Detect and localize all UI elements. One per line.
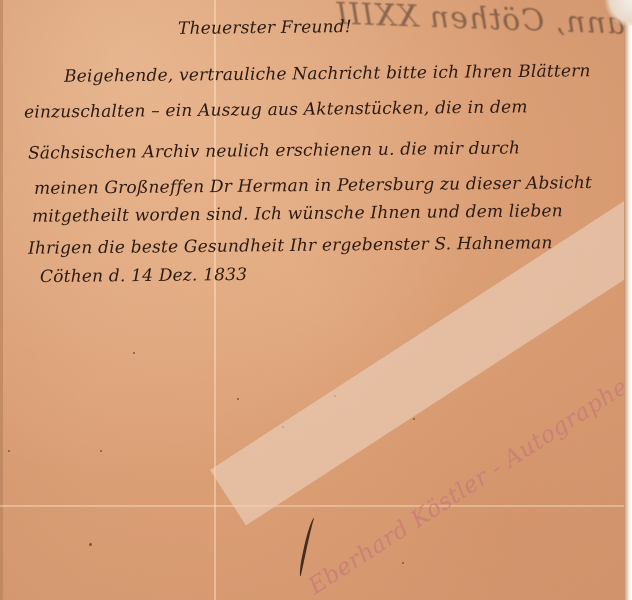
- vertical-fold-crease: [214, 0, 216, 600]
- letter-place-date: Cöthen d. 14 Dez. 1833: [40, 265, 247, 287]
- paper-left-edge: [0, 0, 3, 600]
- paper-speck: [100, 450, 102, 452]
- letter-line-6-signature: Ihrigen die beste Gesundheit Ihr ergeben…: [28, 233, 553, 258]
- paper-speck: [237, 398, 239, 400]
- letter-line-3: Sächsischen Archiv neulich erschienen u.…: [28, 138, 520, 163]
- paper-speck: [402, 562, 404, 564]
- letter-line-4: meinen Großneffen Dr Herman in Petersbur…: [34, 173, 592, 199]
- bleed-through-text: Hahnemann, Cöthen XXIII: [335, 0, 632, 46]
- manuscript-page: Hahnemann, Cöthen XXIII Theuerster Freun…: [0, 0, 632, 600]
- letter-line-5: mitgetheilt worden sind. Ich wünsche Ihn…: [32, 201, 563, 227]
- paper-speck: [413, 418, 415, 420]
- paper-speck: [8, 450, 10, 452]
- letter-line-1: Beigehende, vertrauliche Nachricht bitte…: [64, 61, 591, 87]
- letter-salutation: Theuerster Freund!: [178, 17, 352, 39]
- letter-line-2: einzuschalten – ein Auszug aus Aktenstüc…: [24, 97, 528, 122]
- paper-speck: [133, 352, 135, 354]
- paper-corner-curl: [602, 0, 632, 26]
- paper-speck: [89, 543, 92, 546]
- stray-pen-stroke: [298, 517, 317, 577]
- horizontal-fold-crease: [0, 505, 632, 507]
- paper-right-edge: [624, 0, 632, 600]
